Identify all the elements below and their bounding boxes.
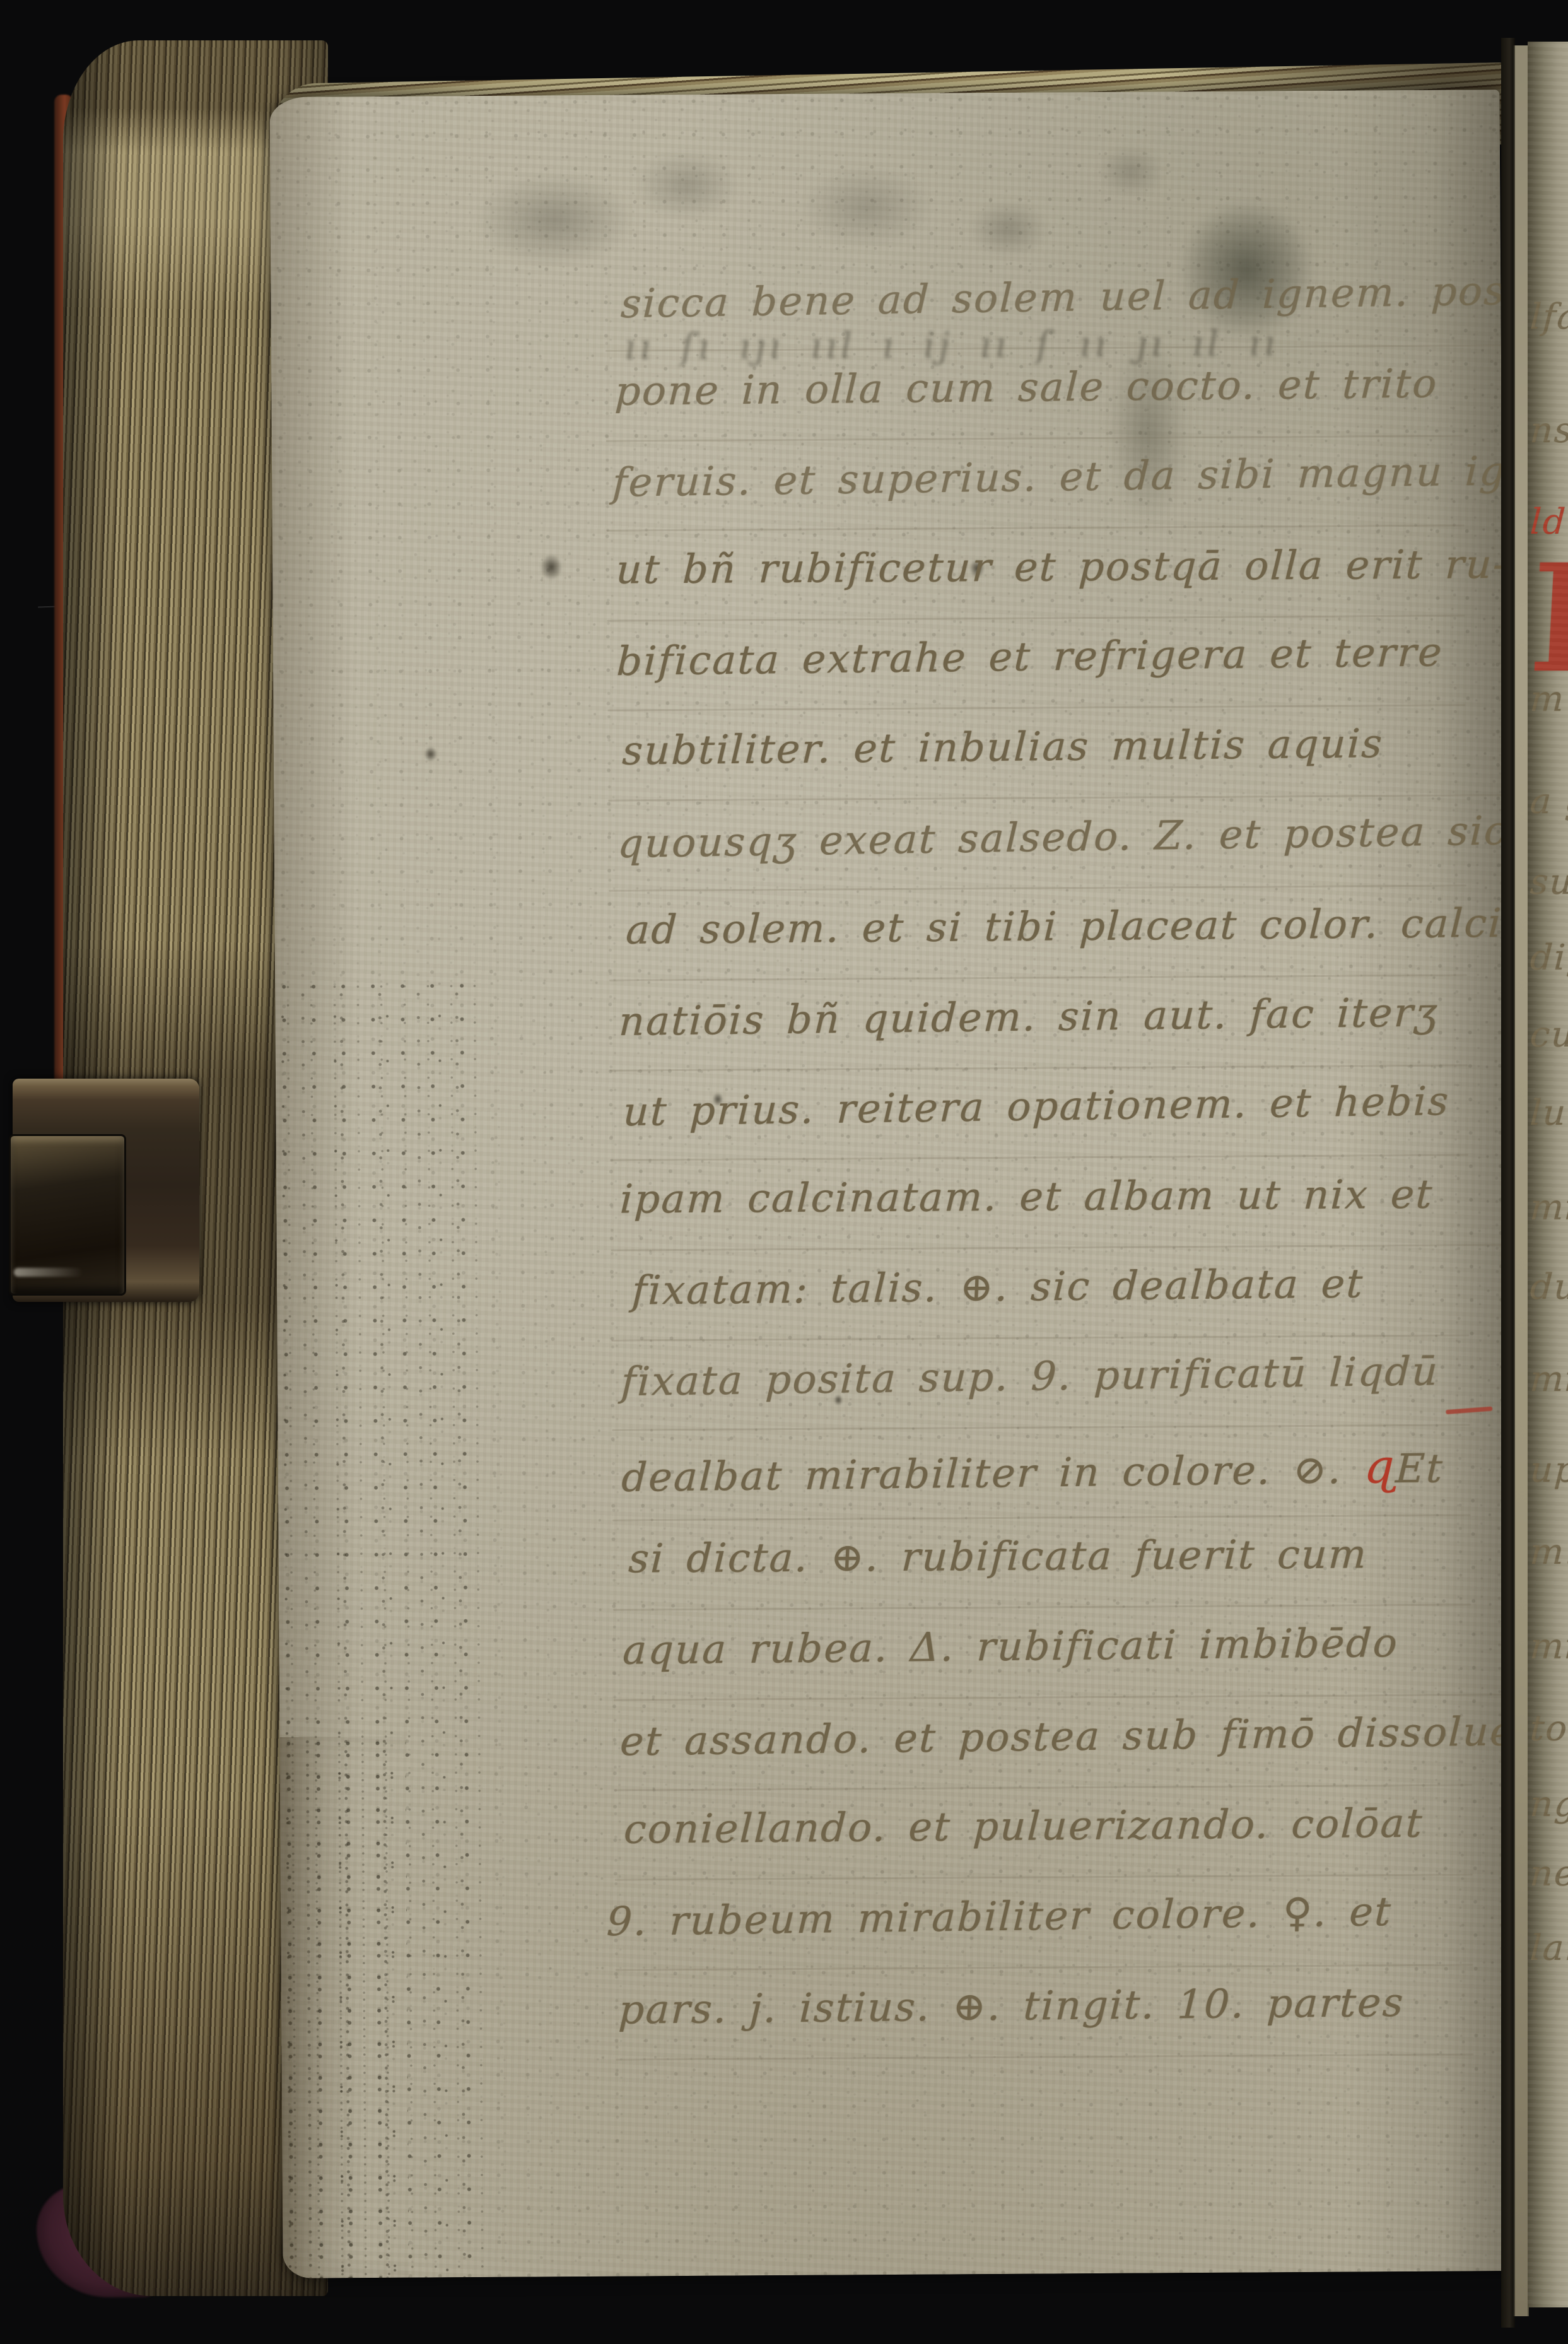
photograph-of-open-manuscript: ıı ſı ıȷı ııl ı ij ıı ſ ıı ȷı ıl ıı sicc…: [0, 0, 1568, 2344]
text-fragment: lane: [1529, 1928, 1568, 1969]
manuscript-page: ıı ſı ıȷı ııl ı ij ıı ſ ıı ȷı ıl ıı sicc…: [269, 90, 1512, 2278]
text-segment: Et: [1395, 1445, 1444, 1492]
text-fragment: m. p: [1529, 1532, 1568, 1573]
text-fragment: mina b: [1529, 1359, 1568, 1400]
text-segment: pars. j. istius. ⊕. tingit. 10. partes: [617, 1979, 1405, 2033]
manuscript-text-line: ipam calcinatam. et albam ut nix et: [619, 1171, 1434, 1222]
text-fragment: cum d: [1529, 1014, 1568, 1055]
manuscript-text-line: bificata extrahe et refrigera et terre: [616, 630, 1444, 685]
text-segment: ut bñ rubificetur et postqā olla erit ru…: [615, 541, 1509, 593]
facing-page-edge: [1514, 45, 1529, 2316]
text-segment: pone in olla cum sale cocto. et trito: [614, 360, 1439, 414]
text-segment: et assando. et postea sub fimō dissolue.: [619, 1708, 1513, 1764]
manuscript-text-line: aqua rubea. Δ. rubificati imbibēdo: [622, 1620, 1400, 1673]
clasp-strap: [13, 1079, 199, 1302]
illuminated-initial: P: [1528, 556, 1568, 683]
text-fragment: dum: [1529, 1267, 1568, 1308]
text-fragment: nsepe: [1529, 410, 1568, 451]
manuscript-text-line: pone in olla cum sale cocto. et trito: [614, 360, 1439, 414]
text-fragment: nerf: [1529, 1853, 1568, 1894]
text-fragment: tord: [1529, 1708, 1568, 1749]
manuscript-text-line: ut bñ rubificetur et postqā olla erit ru…: [615, 541, 1509, 593]
text-segment: ad solem. et si tibi placeat color. calc…: [625, 900, 1513, 953]
manuscript-text-line: coniellando. et puluerizando. colōat: [623, 1800, 1425, 1853]
text-segment: coniellando. et puluerizando. colōat: [623, 1800, 1425, 1853]
text-fragment: uperi: [1529, 1450, 1568, 1491]
manuscript-text-line: si dicta. ⊕. rubificata fuerit cum: [628, 1532, 1369, 1582]
text-fragment: luto: [1529, 1093, 1568, 1134]
manuscript-text-line: natiōis bñ quidem. sin aut. fac iterʒ: [618, 989, 1439, 1045]
text-fragment: a gre: [1529, 781, 1568, 822]
manuscript-text-line: ad solem. et si tibi placeat color. calc…: [625, 900, 1513, 953]
facing-page-sliver: lfadnsepeld faPma gresupdignicum dlutomi…: [1528, 42, 1568, 2307]
text-segment: natiōis bñ quidem. sin aut. fac iterʒ: [618, 989, 1439, 1045]
text-fragment: mitte: [1529, 1187, 1568, 1228]
text-fragment: ngu: [1529, 1784, 1568, 1825]
manuscript-text-line: fixatam: talis. ⊕. sic dealbata et: [631, 1260, 1365, 1313]
manuscript-text-line: pars. j. istius. ⊕. tingit. 10. partes: [617, 1979, 1405, 2033]
clasp-glint: [14, 1268, 83, 1277]
manuscript-text-line: et assando. et postea sub fimō dissolue.: [619, 1708, 1513, 1764]
text-fragment: digni: [1529, 937, 1568, 978]
text-fragment: sup: [1529, 862, 1568, 903]
text-segment: subtiliter. et inbulias multis aquis: [621, 720, 1384, 774]
gutter-shadow: [1501, 38, 1515, 2328]
text-segment: fixatam: talis. ⊕. sic dealbata et: [631, 1260, 1365, 1313]
text-fragment: lfad: [1529, 296, 1568, 337]
text-segment: aqua rubea. Δ. rubificati imbibēdo: [622, 1620, 1400, 1673]
text-fragment: m: [1529, 679, 1566, 720]
rubric-capitulum-mark: ɋ: [1363, 1439, 1396, 1494]
text-segment: bificata extrahe et refrigera et terre: [616, 630, 1444, 685]
rubric-fragment: ld fa: [1529, 501, 1568, 542]
manuscript-text-line: dealbat mirabiliter in colore. ⊘. ɋEt: [621, 1439, 1445, 1503]
text-fragment: mi i: [1529, 1626, 1568, 1667]
text-segment: dealbat mirabiliter in colore. ⊘.: [621, 1446, 1365, 1500]
text-segment: si dicta. ⊕. rubificata fuerit cum: [628, 1532, 1369, 1582]
text-segment: ipam calcinatam. et albam ut nix et: [619, 1171, 1434, 1222]
manuscript-text-line: subtiliter. et inbulias multis aquis: [621, 720, 1384, 774]
